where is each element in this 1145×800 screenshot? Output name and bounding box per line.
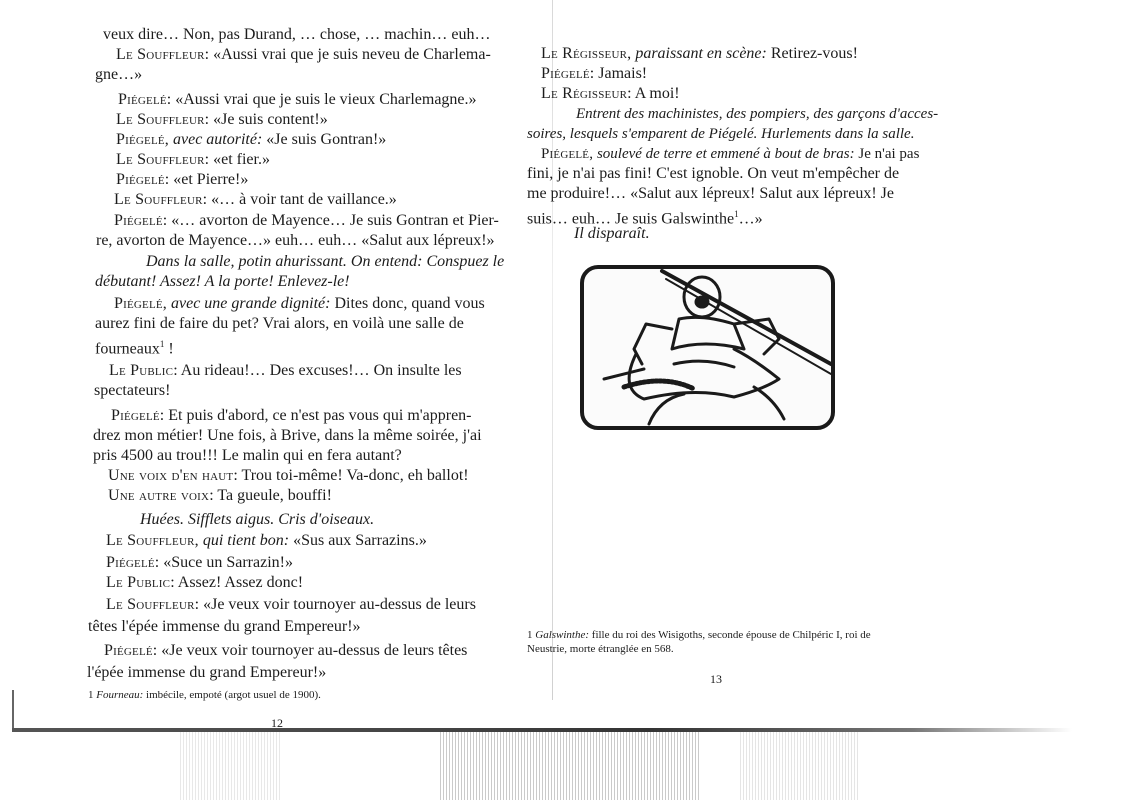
dialogue-line: Le Souffleur: «Je veux voir tournoyer au… [106,595,476,615]
speaker-name: Le Public [109,362,173,379]
speaker-name: Piégelé, [114,295,167,312]
speaker-name: Piégelé [541,65,590,82]
speaker-name: Une autre voix [108,487,209,504]
dialogue-line: Piégelé, avec une grande dignité: Dites … [114,294,485,314]
text-line: aurez fini de faire du pet? Vrai alors, … [95,314,464,334]
dialogue-line: Le Souffleur, qui tient bon: «Sus aux Sa… [106,531,427,551]
dialogue-line: Piégelé: Et puis d'abord, ce n'est pas v… [111,406,472,426]
dialogue-line: Piégelé: «Aussi vrai que je suis le vieu… [118,90,477,110]
stage-direction: avec autorité: [173,131,262,148]
footnote: 1 Galswinthe: fille du roi des Wisigoths… [527,628,871,642]
dialogue-line: Le Souffleur: «Je suis content!» [116,110,328,130]
dialogue-line: Le Régisseur, paraissant en scène: Retir… [541,44,858,64]
speaker-name: Une voix d'en haut [108,467,233,484]
speaker-name: Le Souffleur [116,111,205,128]
stage-direction: avec une grande dignité: [171,295,331,312]
dialogue-line: Une autre voix: Ta gueule, bouffi! [108,486,332,506]
dialogue-line: Piégelé: «Suce un Sarrazin!» [106,553,293,573]
woodcut-illustration [580,265,835,430]
dialogue-line: Piégelé, soulevé de terre et emmené à bo… [541,144,919,164]
scan-noise [740,732,860,800]
speaker-name: Le Régisseur, [541,45,631,62]
dialogue-line: Piégelé: «et Pierre!» [116,170,248,190]
dialogue-line: Piégelé: «… avorton de Mayence… Je suis … [114,211,499,231]
text-line: l'épée immense du grand Empereur!» [87,663,326,683]
stage-direction: qui tient bon: [203,532,289,549]
text-line: veux dire… Non, pas Durand, … chose, … m… [103,25,490,45]
speaker-name: Le Souffleur [106,596,195,613]
dialogue-line: Le Public: Au rideau!… Des excuses!… On … [109,361,462,381]
dialogue-line: Piégelé, avec autorité: «Je suis Gontran… [116,130,386,150]
dialogue-line: Le Souffleur: «… à voir tant de vaillanc… [114,190,397,210]
dialogue-line: Le Souffleur: «et fier.» [116,150,270,170]
speaker-name: Le Souffleur [114,191,203,208]
footnote: 1 Fourneau: imbécile, empoté (argot usue… [88,688,321,702]
speaker-name: Le Souffleur [116,151,205,168]
stage-direction: débutant! Assez! A la porte! Enlevez-le! [95,272,350,292]
dialogue-line: Le Public: Assez! Assez donc! [106,573,303,593]
dialogue-line: Le Régisseur: A moi! [541,84,680,104]
scan-edge-left [12,690,14,732]
speaker-name: Le Souffleur [116,46,205,63]
text-line: pris 4500 au trou!!! Le malin qui en fer… [93,446,402,466]
stage-direction: soires, lesquels s'emparent de Piégelé. … [527,124,914,144]
speaker-name: Piégelé [114,212,163,229]
stage-direction: Il disparaît. [574,224,650,244]
text-line: fourneaux1 ! [95,334,174,359]
dialogue-line: Le Souffleur: «Aussi vrai que je suis ne… [116,45,491,65]
text-line: gne…» [95,65,142,85]
text-line: fini, je n'ai pas fini! C'est ignoble. O… [527,164,899,184]
text-line: têtes l'épée immense du grand Empereur!» [88,617,361,637]
speaker-name: Le Public [106,574,170,591]
text-line: drez mon métier! Une fois, à Brive, dans… [93,426,482,446]
left-page: veux dire… Non, pas Durand, … chose, … m… [0,0,510,730]
speaker-name: Piégelé [111,407,160,424]
speaker-name: Piégelé [118,91,167,108]
dialogue-line: Piégelé: Jamais! [541,64,647,84]
illustration-drawing [584,269,831,426]
stage-direction: Dans la salle, potin ahurissant. On ente… [146,252,504,272]
text-line: me produire!… «Salut aux lépreux! Salut … [527,184,894,204]
stage-direction: Huées. Sifflets aigus. Cris d'oiseaux. [140,510,374,530]
page-number: 13 [710,672,722,687]
stage-direction: Entrent des machinistes, des pompiers, d… [576,104,938,124]
speaker-name: Le Souffleur, [106,532,199,549]
stage-direction: soulevé de terre et emmené à bout de bra… [597,146,855,162]
scan-noise [440,732,700,800]
stage-direction: paraissant en scène: [635,45,767,62]
dialogue-line: Une voix d'en haut: Trou toi-même! Va-do… [108,466,469,486]
speaker-name: Piégelé [106,554,155,571]
scan-noise [180,732,280,800]
speaker-name: Le Régisseur [541,85,627,102]
text-line: spectateurs! [94,381,170,401]
text-line: re, avorton de Mayence…» euh… euh… «Salu… [96,231,495,251]
footnote-continued: Neustrie, morte étranglée en 568. [527,642,674,656]
speaker-name: Piégelé [116,171,165,188]
speaker-name: Piégelé [104,642,153,659]
speaker-name: Piégelé, [116,131,169,148]
speaker-name: Piégelé, [541,146,593,162]
dialogue-line: Piégelé: «Je veux voir tournoyer au-dess… [104,641,467,661]
